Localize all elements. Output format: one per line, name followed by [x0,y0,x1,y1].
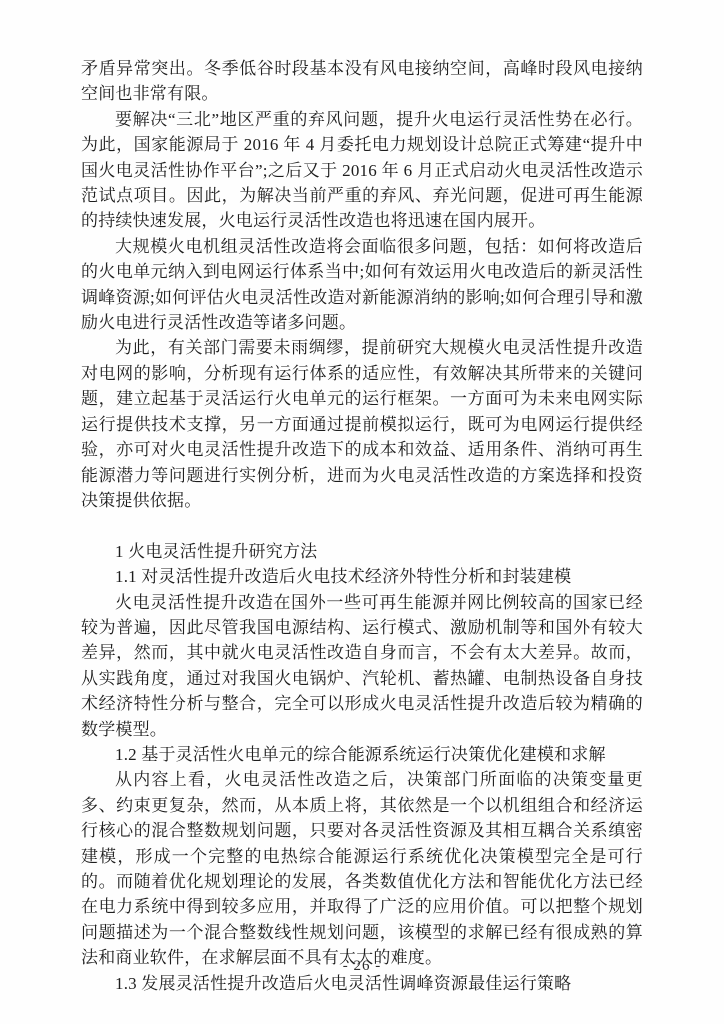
section-heading: 1.1 对灵活性提升改造后火电技术经济外特性分析和封装建模 [81,564,643,589]
paragraph: 从内容上看，火电灵活性改造之后，决策部门所面临的决策变量更多、约束更复杂，然而，… [81,767,643,970]
paragraph: 为此，有关部门需要未雨绸缪，提前研究大规模火电灵活性提升改造对电网的影响，分析现… [81,335,643,513]
document-content: 矛盾异常突出。冬季低谷时段基本没有风电接纳空间，高峰时段风电接纳空间也非常有限。… [81,56,643,996]
paragraph: 大规模火电机组灵活性改造将会面临很多问题，包括：如何将改造后的火电单元纳入到电网… [81,234,643,336]
section-heading: 1 火电灵活性提升研究方法 [81,539,643,564]
paragraph: 要解决“三北”地区严重的弃风问题，提升火电运行灵活性势在必行。为此，国家能源局于… [81,107,643,234]
paragraph: 矛盾异常突出。冬季低谷时段基本没有风电接纳空间，高峰时段风电接纳空间也非常有限。 [81,56,643,107]
document-page: 矛盾异常突出。冬季低谷时段基本没有风电接纳空间，高峰时段风电接纳空间也非常有限。… [0,0,724,1024]
page-number: - 26 - [0,958,724,975]
paragraph: 火电灵活性提升改造在国外一些可再生能源并网比例较高的国家已经较为普遍，因此尽管我… [81,590,643,742]
section-heading: 1.2 基于灵活性火电单元的综合能源系统运行决策优化建模和求解 [81,742,643,767]
